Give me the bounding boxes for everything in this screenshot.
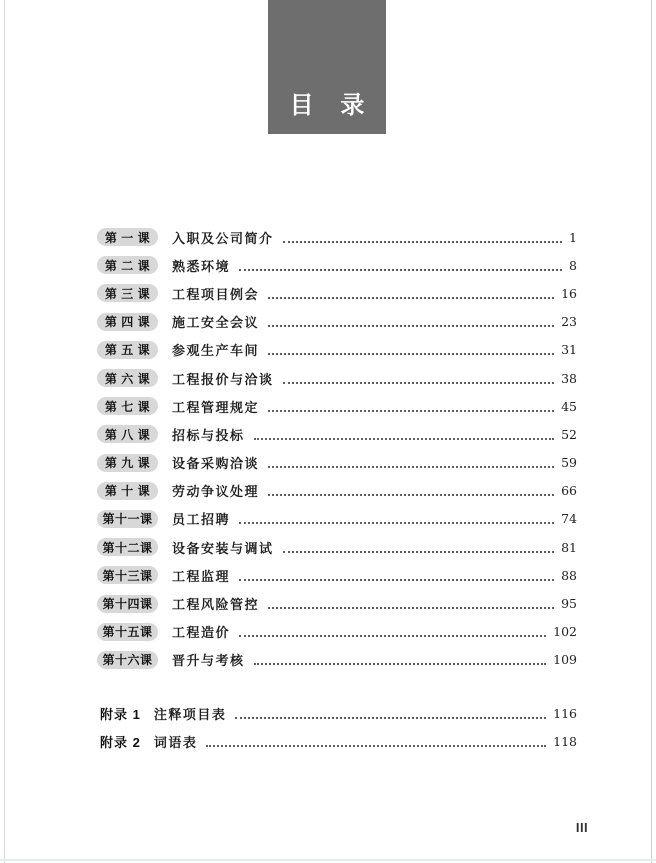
lesson-page-number: 31 <box>561 342 577 357</box>
lesson-page-number: 95 <box>561 596 577 611</box>
lesson-number-badge: 第十四课 <box>97 595 158 613</box>
dot-leader <box>239 626 546 637</box>
dot-leader <box>283 232 563 243</box>
appendix-title: 词语表 <box>154 732 198 751</box>
appendix-row: 附录 2 词语表 118 <box>100 727 577 755</box>
lesson-row: 第十三课 工程监理 88 <box>97 561 577 589</box>
dot-leader <box>239 260 562 271</box>
lesson-title: 晋升与考核 <box>172 650 245 669</box>
lesson-number-badge: 第 七 课 <box>97 397 158 415</box>
lesson-title: 入职及公司简介 <box>172 228 274 247</box>
lesson-number-badge: 第 六 课 <box>97 369 158 387</box>
lesson-page-number: 59 <box>561 455 577 470</box>
page-edge-bottom <box>0 859 656 861</box>
lesson-row: 第十五课 工程造价 102 <box>97 618 577 646</box>
dot-leader <box>268 344 554 355</box>
lesson-title: 施工安全会议 <box>172 312 259 331</box>
lesson-page-number: 81 <box>561 540 577 555</box>
lesson-title: 劳动争议处理 <box>172 481 259 500</box>
dot-leader <box>283 542 555 553</box>
appendix-title: 注释项目表 <box>154 704 227 723</box>
appendix-list: 附录 1 注释项目表 116 附录 2 词语表 118 <box>100 699 577 755</box>
lesson-number-badge: 第 五 课 <box>97 341 158 359</box>
lesson-title: 设备采购洽谈 <box>172 453 259 472</box>
lesson-row: 第 五 课 参观生产车间 31 <box>97 336 577 364</box>
dot-leader <box>239 513 554 524</box>
lesson-title: 工程项目例会 <box>172 284 259 303</box>
lesson-page-number: 66 <box>561 483 577 498</box>
lesson-row: 第十四课 工程风险管控 95 <box>97 589 577 617</box>
dot-leader <box>235 708 546 719</box>
folio-page-number: III <box>570 820 594 835</box>
lesson-number-badge: 第 八 课 <box>97 425 158 443</box>
dot-leader <box>239 570 554 581</box>
appendix-page-number: 116 <box>553 706 577 721</box>
lesson-page-number: 109 <box>553 652 577 667</box>
lesson-row: 第 一 课 入职及公司简介 1 <box>97 223 577 251</box>
appendix-row: 附录 1 注释项目表 116 <box>100 699 577 727</box>
lesson-number-badge: 第 十 课 <box>97 482 158 500</box>
dot-leader <box>268 457 554 468</box>
lesson-page-number: 38 <box>561 371 577 386</box>
lesson-number-badge: 第 三 课 <box>97 284 158 302</box>
dot-leader <box>254 429 555 440</box>
lesson-list: 第 一 课 入职及公司简介 1 第 二 课 熟悉环境 8 第 三 课 工程项目例… <box>97 223 577 674</box>
lesson-title: 工程风险管控 <box>172 594 259 613</box>
dot-leader <box>268 485 554 496</box>
appendix-page-number: 118 <box>553 734 577 749</box>
lesson-row: 第 八 课 招标与投标 52 <box>97 420 577 448</box>
dot-leader <box>254 654 547 665</box>
dot-leader <box>268 288 554 299</box>
contents-title: 目 录 <box>290 94 375 118</box>
lesson-number-badge: 第十五课 <box>97 623 158 641</box>
lesson-title: 熟悉环境 <box>172 256 230 275</box>
lesson-page-number: 74 <box>561 511 577 526</box>
lesson-row: 第 二 课 熟悉环境 8 <box>97 251 577 279</box>
lesson-title: 员工招聘 <box>172 509 230 528</box>
lesson-title: 工程管理规定 <box>172 397 259 416</box>
lesson-number-badge: 第十六课 <box>97 651 158 669</box>
lesson-page-number: 16 <box>561 286 577 301</box>
lesson-page-number: 45 <box>561 399 577 414</box>
lesson-title: 工程报价与洽谈 <box>172 369 274 388</box>
lesson-row: 第 九 课 设备采购洽谈 59 <box>97 449 577 477</box>
appendix-label: 附录 2 <box>100 732 141 751</box>
dot-leader <box>206 736 546 747</box>
lesson-row: 第十六课 晋升与考核 109 <box>97 646 577 674</box>
lesson-number-badge: 第十一课 <box>97 510 158 528</box>
lesson-row: 第十一课 员工招聘 74 <box>97 505 577 533</box>
dot-leader <box>268 598 554 609</box>
lesson-number-badge: 第十二课 <box>97 538 158 556</box>
lesson-title: 设备安装与调试 <box>172 538 274 557</box>
toc-page: 目 录 第 一 课 入职及公司简介 1 第 二 课 熟悉环境 8 第 三 课 工… <box>0 0 656 863</box>
lesson-row: 第 三 课 工程项目例会 16 <box>97 279 577 307</box>
lesson-title: 参观生产车间 <box>172 340 259 359</box>
lesson-number-badge: 第 四 课 <box>97 313 158 331</box>
lesson-title: 工程造价 <box>172 622 230 641</box>
appendix-label: 附录 1 <box>100 704 141 723</box>
dot-leader <box>268 401 554 412</box>
dot-leader <box>268 316 554 327</box>
dot-leader <box>283 373 555 384</box>
lesson-page-number: 102 <box>553 624 577 639</box>
lesson-row: 第 四 课 施工安全会议 23 <box>97 308 577 336</box>
lesson-page-number: 52 <box>561 427 577 442</box>
lesson-number-badge: 第 九 课 <box>97 454 158 472</box>
page-edge-right <box>651 0 652 863</box>
lesson-number-badge: 第十三课 <box>97 566 158 584</box>
lesson-number-badge: 第 一 课 <box>97 228 158 246</box>
lesson-row: 第 十 课 劳动争议处理 66 <box>97 477 577 505</box>
lesson-page-number: 8 <box>569 258 577 273</box>
lesson-page-number: 23 <box>561 314 577 329</box>
lesson-page-number: 88 <box>561 568 577 583</box>
page-edge-left <box>4 0 5 863</box>
contents-header-box: 目 录 <box>268 0 386 134</box>
lesson-title: 工程监理 <box>172 566 230 585</box>
lesson-row: 第 六 课 工程报价与洽谈 38 <box>97 364 577 392</box>
lesson-title: 招标与投标 <box>172 425 245 444</box>
lesson-row: 第 七 课 工程管理规定 45 <box>97 392 577 420</box>
lesson-number-badge: 第 二 课 <box>97 256 158 274</box>
lesson-row: 第十二课 设备安装与调试 81 <box>97 533 577 561</box>
lesson-page-number: 1 <box>569 230 577 245</box>
